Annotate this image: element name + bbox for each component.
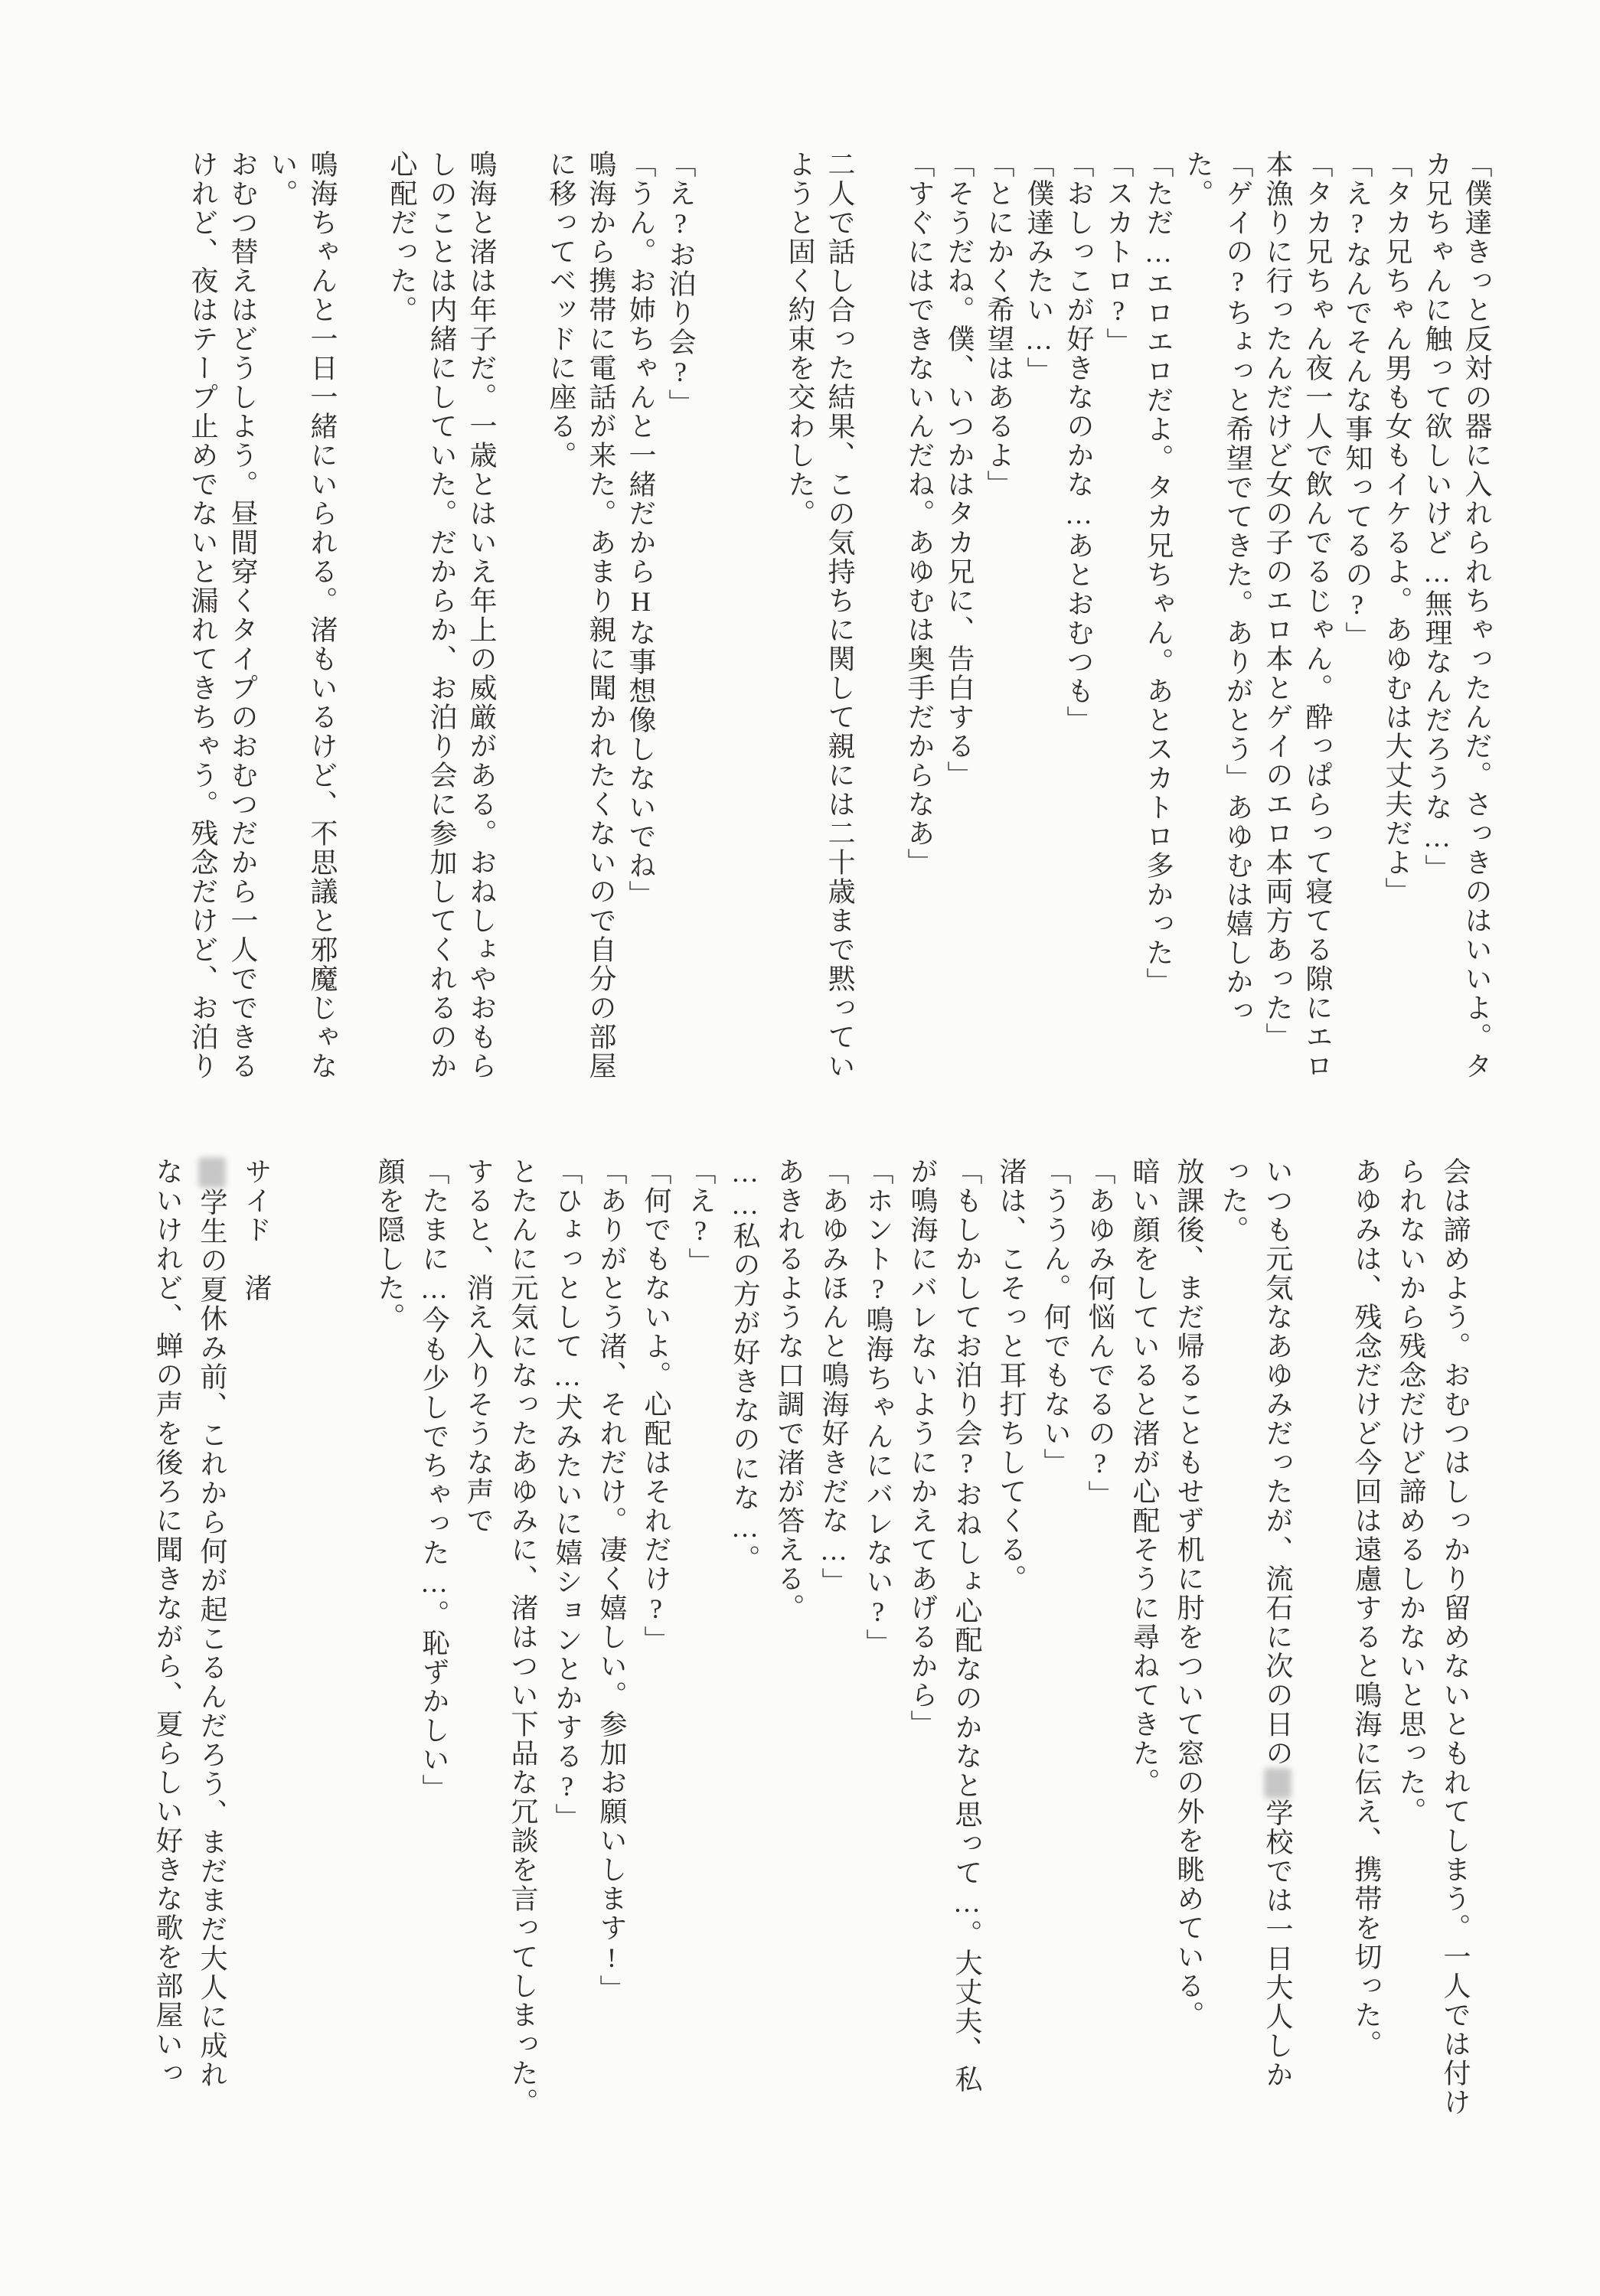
- narration-line: いつも元気なあゆみだったが、流石に次の日の学校では一日大人しかった。: [1211, 1157, 1300, 2117]
- dialogue-line: 「あゆみほんと鳴海好きだな…」: [811, 1157, 856, 2117]
- dialogue-line: 「あゆみ何悩んでるの?」: [1078, 1157, 1122, 2117]
- narration-line: 二人で話し合った結果、この気持ちに関して親には二十歳まで黙っていようと固く約束を…: [780, 150, 860, 1081]
- dialogue-line: 「ホント?鳴海ちゃんにバレない?」: [856, 1157, 900, 2117]
- dialogue-line: 「ひょっとして…犬みたいに嬉ションとかする?」: [545, 1157, 589, 2117]
- narration-line: 渚は、こそっと耳打ちしてくる。: [989, 1157, 1033, 2117]
- blank-line: [342, 150, 382, 1081]
- narration-line: 暗い顔をしていると渚が心配そうに尋ねてきた。: [1122, 1157, 1167, 2117]
- dialogue-line: 「タカ兄ちゃん男も女もイケるよ。あゆむは大丈夫だよ」: [1377, 150, 1417, 1081]
- censor-blur: [1264, 1768, 1291, 1799]
- blank-line: [501, 150, 541, 1081]
- dialogue-line: 「うん。お姉ちゃんと一緒だからHな事想像しないでね」: [621, 150, 661, 1081]
- blank-line: [700, 150, 740, 1081]
- censor-blur: [198, 1157, 226, 1188]
- narration-line: すると、消え入りそうな声で: [456, 1157, 501, 2117]
- dialogue-line: 「ううん。何でもない」: [1033, 1157, 1078, 2117]
- dialogue-line: 「え?お泊り会?」: [661, 150, 700, 1081]
- text-block-top: 「僕達きっと反対の器に入れられちゃったんだ。さっきのはいいよ。タカ兄ちゃんに触っ…: [183, 150, 1497, 1081]
- dialogue-line: 「ありがとう渚、それだけ。凄く嬉しい。参加お願いします!」: [589, 1157, 634, 2117]
- narration-line: 鳴海ちゃんと一日一緒にいられる。渚もいるけど、不思議と邪魔じゃない。: [263, 150, 342, 1081]
- narration-line: 会は諦めよう。おむつはしっかり留めないともれてしまう。一人では付けられないから残…: [1389, 1157, 1478, 2117]
- dialogue-line: 「ゲイの?ちょっと希望でてきた。ありがとう」あゆむは嬉しかった。: [1178, 150, 1258, 1081]
- narration-line: とたんに元気になったあゆみに、渚はつい下品な冗談を言ってしまった。: [501, 1157, 545, 2117]
- narration-line: 放課後、まだ帰ることもせず机に肘をついて窓の外を眺めている。: [1167, 1157, 1211, 2117]
- text-block-bottom: 会は諦めよう。おむつはしっかり留めないともれてしまう。一人では付けられないから残…: [145, 1157, 1478, 2117]
- narration-line: 鳴海と渚は年子だ。一歳とはいえ年上の威厳がある。おねしょやおもらしのことは内緒に…: [382, 150, 501, 1081]
- dialogue-line: 「スカトロ?」: [1099, 150, 1138, 1081]
- scanned-novel-page: 「僕達きっと反対の器に入れられちゃったんだ。さっきのはいいよ。タカ兄ちゃんに触っ…: [0, 0, 1600, 2296]
- narration-line: おむつ替えはどうしよう。昼間穿くタイプのおむつだから一人でできるけれど、夜はテー…: [183, 150, 263, 1081]
- blank-line: [740, 150, 780, 1081]
- blank-line: [1300, 1157, 1344, 2117]
- blank-line: [323, 1157, 367, 2117]
- dialogue-line: 「もしかしてお泊り会?おねしょ心配なのかなと思って…。大丈夫、私が鳴海にバレない…: [900, 1157, 989, 2117]
- narration-line: 顔を隠した。: [367, 1157, 412, 2117]
- blank-line: [279, 1157, 323, 2117]
- dialogue-line: 「何でもないよ。心配はそれだけ?」: [634, 1157, 678, 2117]
- dialogue-line: 「たまに…今も少しでちゃった…。恥ずかしい」: [412, 1157, 456, 2117]
- dialogue-line: 「え?」: [678, 1157, 723, 2117]
- dialogue-line: 「え?なんでそんな事知ってるの?」: [1337, 150, 1377, 1081]
- narration-line: ……私の方が好きなのにな…。: [723, 1157, 767, 2117]
- side-heading: サイド 渚: [234, 1157, 279, 2117]
- dialogue-line: 「とにかく希望はあるよ」: [979, 150, 1019, 1081]
- dialogue-line: 「ただ…エロエロだよ。タカ兄ちゃん。あとスカトロ多かった」: [1138, 150, 1178, 1081]
- narration-line: あゆみは、残念だけど今回は遠慮すると鳴海に伝え、携帯を切った。: [1344, 1157, 1389, 2117]
- narration-line: 鳴海から携帯に電話が来た。あまり親に聞かれたくないので自分の部屋に移ってベッドに…: [541, 150, 621, 1081]
- dialogue-line: 「すぐにはできないんだね。あゆむは奥手だからなあ」: [900, 150, 939, 1081]
- narration-line: 学生の夏休み前、これから何が起こるんだろう、まだまだ大人に成れないけれど、蝉の声…: [145, 1157, 234, 2117]
- dialogue-line: 「そうだね。僕、いつかはタカ兄に、告白する」: [939, 150, 979, 1081]
- blank-line: [860, 150, 900, 1081]
- narration-line: あきれるような口調で渚が答える。: [767, 1157, 811, 2117]
- dialogue-line: 「僕達きっと反対の器に入れられちゃったんだ。さっきのはいいよ。タカ兄ちゃんに触っ…: [1417, 150, 1497, 1081]
- dialogue-line: 「僕達みたい…」: [1019, 150, 1059, 1081]
- dialogue-line: 「タカ兄ちゃん夜一人で飲んでるじゃん。酔っぱらって寝てる隙にエロ本漁りに行ったん…: [1258, 150, 1337, 1081]
- dialogue-line: 「おしっこが好きなのかな…あとおむつも」: [1059, 150, 1099, 1081]
